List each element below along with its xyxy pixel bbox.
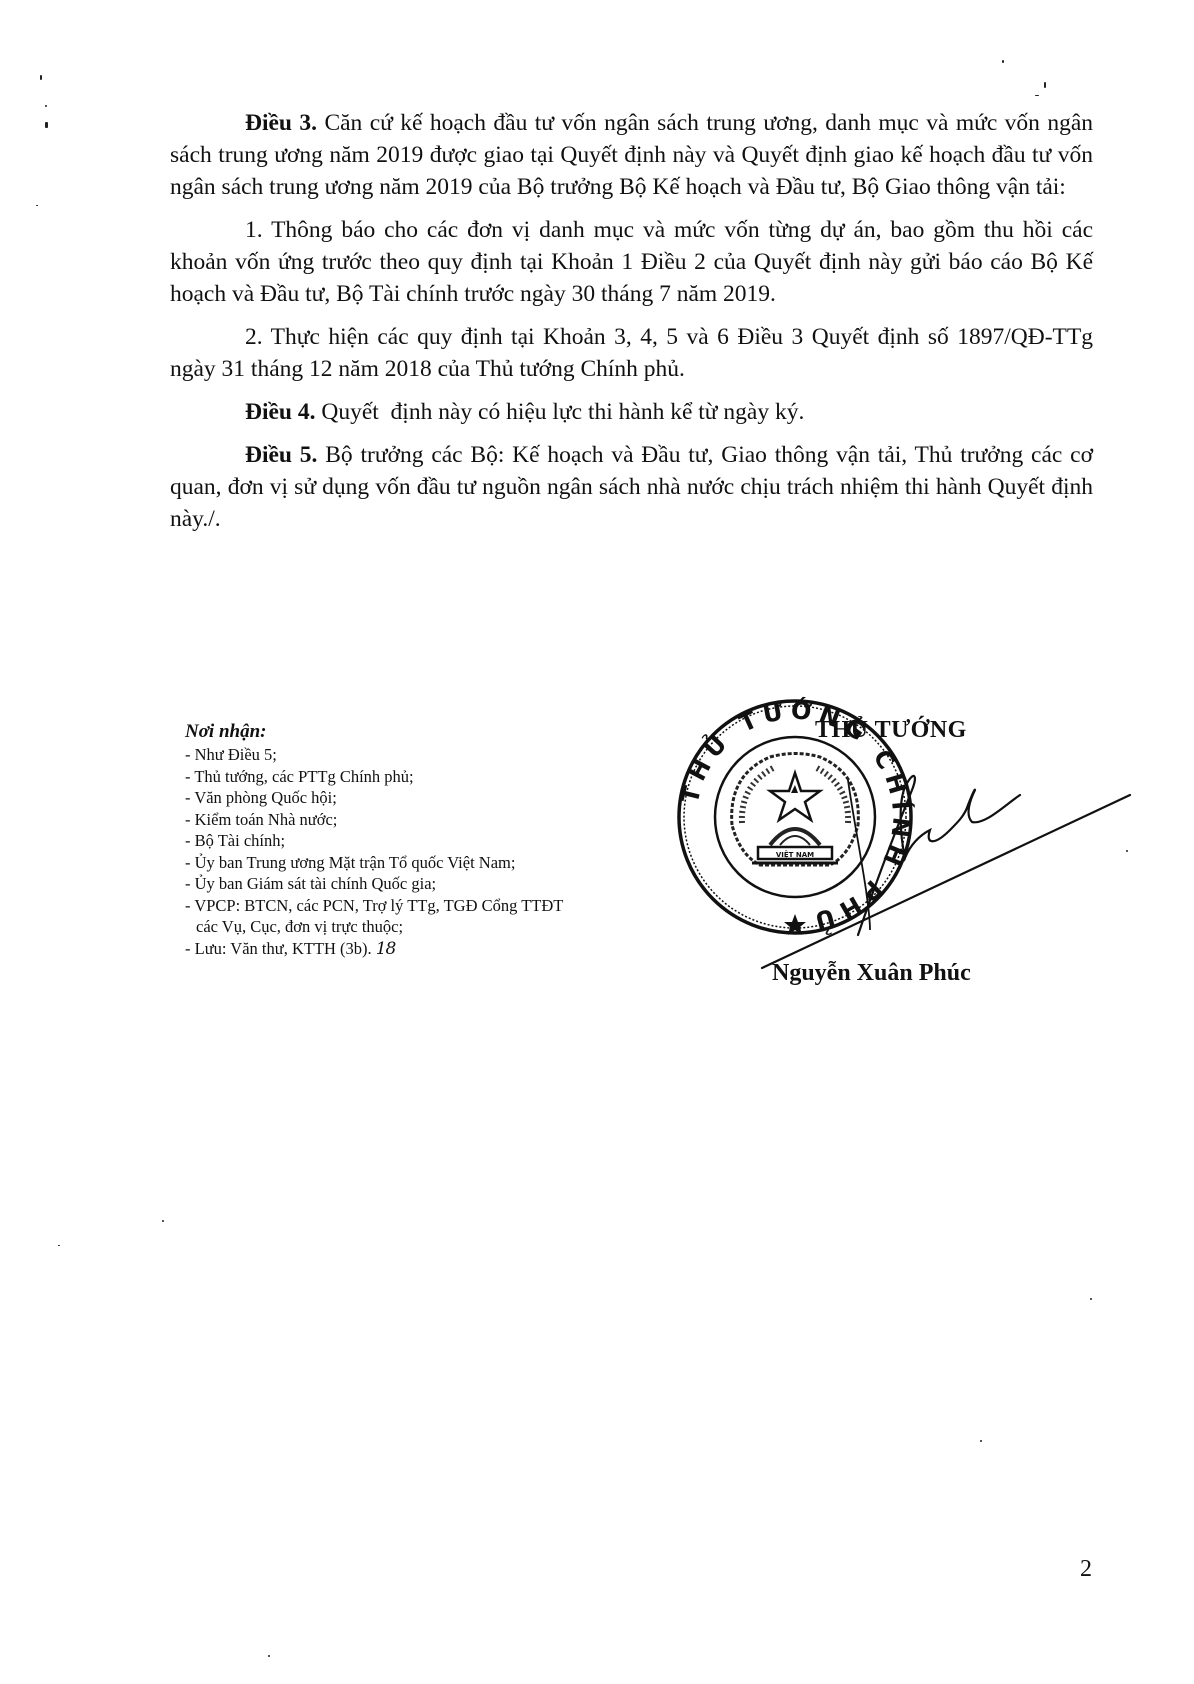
scan-speck [1035, 95, 1039, 96]
recipient-item: - Kiểm toán Nhà nước; [185, 809, 645, 831]
article-4: Điều 4. Quyết định này có hiệu lực thi h… [170, 396, 1093, 428]
emblem-banner-text: VIỆT NAM [776, 850, 814, 859]
scan-speck [268, 1655, 270, 1657]
handwritten-initials: 18 [376, 939, 396, 959]
scan-speck [162, 1220, 164, 1222]
recipient-item-archive: - Lưu: Văn thư, KTTH (3b).18 [185, 938, 645, 961]
recipient-item: - Thủ tướng, các PTTg Chính phủ; [185, 766, 645, 788]
national-emblem-icon: VIỆT NAM [732, 754, 859, 866]
article-3-clause-2: 2. Thực hiện các quy định tại Khoản 3, 4… [170, 321, 1093, 385]
document-body: Điều 3. Căn cứ kế hoạch đầu tư vốn ngân … [170, 107, 1093, 546]
article-3-clause-1: 1. Thông báo cho các đơn vị danh mục và … [170, 214, 1093, 310]
recipient-item: - VPCP: BTCN, các PCN, Trợ lý TTg, TGĐ C… [185, 895, 645, 917]
archive-text: - Lưu: Văn thư, KTTH (3b). [185, 939, 372, 958]
scan-speck [58, 1245, 60, 1246]
recipient-item: các Vụ, Cục, đơn vị trực thuộc; [185, 916, 645, 938]
recipient-item: - Ủy ban Trung ương Mặt trận Tổ quốc Việ… [185, 852, 645, 874]
scan-speck [1090, 1298, 1092, 1300]
recipients-block: Nơi nhận: - Như Điều 5; - Thủ tướng, các… [185, 720, 645, 960]
article-text: Quyết định này có hiệu lực thi hành kể t… [316, 399, 805, 425]
recipients-title: Nơi nhận: [185, 720, 645, 744]
clause-text: 2. Thực hiện các quy định tại Khoản 3, 4… [170, 324, 1093, 382]
recipient-item: - Như Điều 5; [185, 744, 645, 766]
scan-speck [45, 122, 48, 128]
recipient-item: - Văn phòng Quốc hội; [185, 787, 645, 809]
signatory-title: THỦ TƯỚNG [815, 717, 967, 744]
scan-speck [36, 205, 38, 206]
recipient-item: - Bộ Tài chính; [185, 830, 645, 852]
scan-speck [1002, 60, 1004, 63]
recipient-item: - Ủy ban Giám sát tài chính Quốc gia; [185, 873, 645, 895]
signatory-name: Nguyễn Xuân Phúc [772, 960, 971, 987]
page-number: 2 [1080, 1556, 1092, 1583]
scan-speck [1044, 82, 1046, 88]
article-label: Điều 4. [245, 399, 316, 425]
clause-text: 1. Thông báo cho các đơn vị danh mục và … [170, 217, 1093, 307]
scan-speck [40, 75, 42, 80]
scan-speck [45, 105, 47, 107]
article-label: Điều 5. [245, 442, 317, 468]
scan-speck [1126, 850, 1128, 852]
article-label: Điều 3. [245, 110, 317, 136]
article-5: Điều 5. Bộ trưởng các Bộ: Kế hoạch và Đầ… [170, 439, 1093, 535]
article-3: Điều 3. Căn cứ kế hoạch đầu tư vốn ngân … [170, 107, 1093, 203]
document-page: Điều 3. Căn cứ kế hoạch đầu tư vốn ngân … [0, 0, 1194, 1684]
scan-speck [980, 1440, 982, 1442]
